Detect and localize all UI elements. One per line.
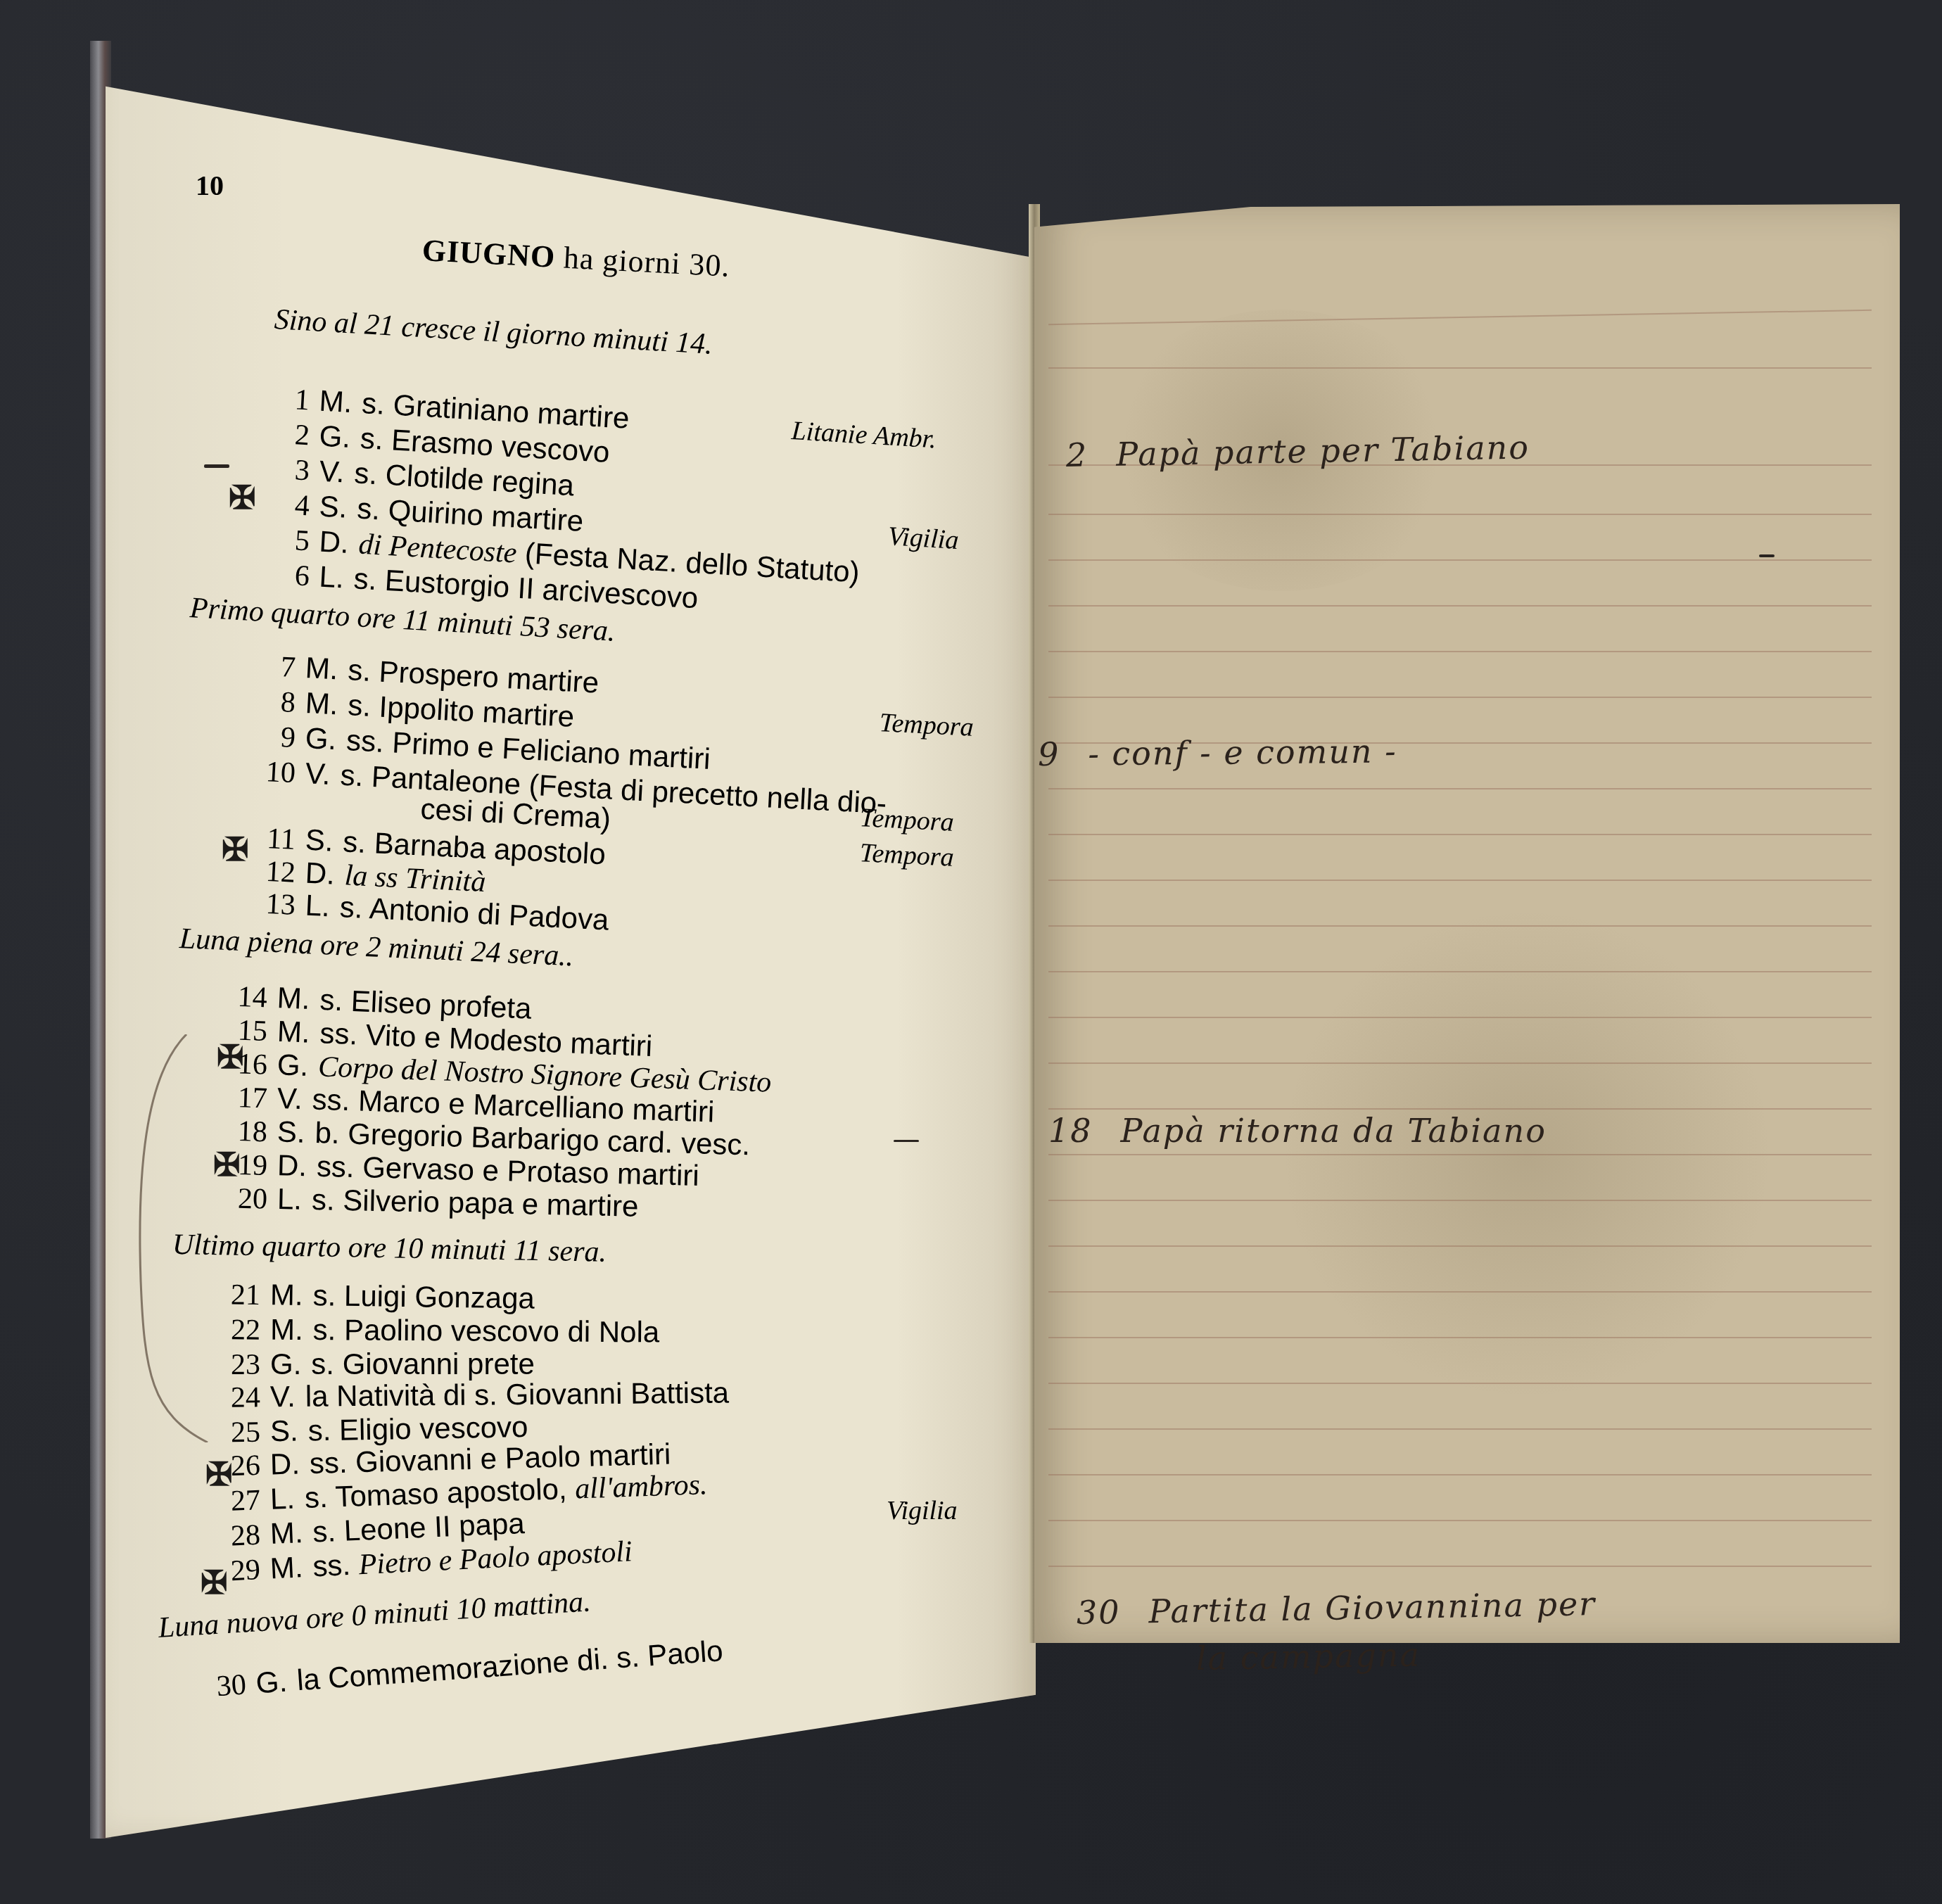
handwritten-dash-mark bbox=[894, 1140, 919, 1142]
ruled-line bbox=[1048, 1154, 1872, 1155]
ruled-line bbox=[1048, 697, 1872, 698]
rite-note: all'ambros. bbox=[574, 1468, 708, 1506]
weekday-abbr: M. bbox=[277, 1015, 311, 1049]
weekday-abbr: G. bbox=[277, 1048, 309, 1082]
day-number: 18 bbox=[210, 1114, 267, 1149]
day-number: 17 bbox=[210, 1080, 267, 1115]
weekday-abbr: M. bbox=[269, 1550, 304, 1585]
weekday-abbr: S. bbox=[277, 1115, 305, 1149]
weekday-abbr: M. bbox=[305, 651, 339, 685]
saint-name: s. Silverio papa e martire bbox=[312, 1183, 639, 1223]
ruled-line bbox=[1048, 1062, 1872, 1064]
calendar-day-row: 23G.s. Giovanni prete bbox=[204, 1347, 535, 1382]
ruled-line bbox=[1048, 1474, 1872, 1475]
liturgical-note: Tempora bbox=[879, 707, 975, 743]
entry-text: Papà ritorna da Tabiano bbox=[1121, 1112, 1547, 1150]
weekday-abbr: V. bbox=[270, 1380, 296, 1413]
weekday-abbr: G. bbox=[255, 1664, 288, 1699]
weekday-abbr: V. bbox=[277, 1081, 303, 1115]
day-number: 7 bbox=[239, 648, 296, 685]
day-number: 14 bbox=[210, 979, 268, 1015]
weekday-abbr: M. bbox=[277, 981, 311, 1015]
weekday-abbr: L. bbox=[305, 889, 331, 923]
ruled-line bbox=[1048, 605, 1872, 607]
weekday-abbr: L. bbox=[319, 559, 345, 594]
calendar-day-row: 21M.s. Luigi Gonzaga bbox=[204, 1277, 535, 1316]
saint-prefix: ss. bbox=[312, 1548, 351, 1583]
feast-cross-icon: ✠ bbox=[229, 478, 256, 516]
day-number: 1 bbox=[253, 381, 311, 418]
weekday-abbr: M. bbox=[269, 1516, 304, 1550]
handwritten-entry: 18Papà ritorna da Tabiano bbox=[1048, 1112, 1547, 1150]
saint-name: s. Luigi Gonzaga bbox=[312, 1278, 535, 1314]
weekday-abbr: M. bbox=[270, 1278, 303, 1312]
weekday-abbr bbox=[410, 792, 411, 825]
page-number: 10 bbox=[196, 169, 224, 202]
ruled-line bbox=[1048, 514, 1872, 515]
day-number: 2 bbox=[253, 416, 311, 453]
handwritten-entry-continuation: la campagna bbox=[1196, 1635, 1421, 1677]
ruled-line bbox=[1048, 1200, 1872, 1201]
ruled-line bbox=[1048, 1383, 1872, 1384]
day-number: 12 bbox=[239, 853, 296, 890]
calendar-day-row: 24V.la Natività di s. Giovanni Battista bbox=[204, 1376, 730, 1415]
saint-name: la Natività di s. Giovanni Battista bbox=[305, 1376, 730, 1412]
ruled-line bbox=[1048, 1108, 1872, 1110]
ruled-line bbox=[1048, 310, 1872, 325]
weekday-abbr: M. bbox=[270, 1313, 303, 1346]
ruled-line bbox=[1048, 367, 1872, 369]
weekday-abbr: G. bbox=[319, 419, 352, 453]
entry-day: 18 bbox=[1048, 1112, 1093, 1150]
stray-ink-mark bbox=[1759, 554, 1775, 557]
day-number: 28 bbox=[203, 1518, 261, 1554]
day-number: 19 bbox=[210, 1148, 267, 1183]
weekday-abbr: S. bbox=[319, 489, 348, 523]
day-number: 27 bbox=[203, 1483, 261, 1519]
ruled-line bbox=[1048, 1245, 1872, 1247]
day-number: 3 bbox=[253, 451, 311, 488]
day-number: 30 bbox=[189, 1668, 247, 1705]
ruled-line bbox=[1048, 559, 1872, 561]
weekday-abbr: D. bbox=[277, 1148, 307, 1182]
liturgical-note: Tempora bbox=[859, 837, 955, 873]
saint-name: s. Paolino vescovo di Nola bbox=[312, 1313, 659, 1348]
entry-day: 30 bbox=[1077, 1593, 1121, 1632]
ruled-line bbox=[1048, 834, 1872, 835]
entry-text: Partita la Giovannina per bbox=[1148, 1585, 1597, 1630]
day-number: 20 bbox=[210, 1181, 267, 1217]
ruled-line bbox=[1048, 1520, 1872, 1521]
weekday-abbr: S. bbox=[270, 1414, 299, 1448]
weekday-abbr: D. bbox=[269, 1447, 300, 1480]
weekday-abbr: M. bbox=[305, 686, 339, 721]
saint-name: s. Giovanni prete bbox=[311, 1347, 535, 1381]
day-number: 8 bbox=[239, 683, 296, 720]
calendar-day-row: 22M.s. Paolino vescovo di Nola bbox=[204, 1312, 660, 1350]
ruled-line bbox=[1048, 1017, 1872, 1018]
day-number: 13 bbox=[239, 886, 296, 922]
ruled-line bbox=[1048, 788, 1872, 789]
day-number: 29 bbox=[203, 1553, 261, 1589]
ruled-line bbox=[1048, 971, 1872, 972]
handwritten-entry: 2Papà parte per Tabiano bbox=[1066, 429, 1530, 474]
handwritten-dash-mark bbox=[204, 464, 229, 468]
weekday-abbr: G. bbox=[305, 721, 338, 756]
pencil-bracket-mark bbox=[130, 1034, 215, 1442]
weekday-abbr: D. bbox=[305, 856, 336, 891]
weekday-abbr: D. bbox=[319, 524, 350, 559]
day-number: 26 bbox=[203, 1449, 260, 1484]
ruled-line bbox=[1048, 651, 1872, 652]
weekday-abbr: L. bbox=[277, 1182, 303, 1216]
liturgical-note: Tempora bbox=[859, 802, 955, 838]
day-number: 16 bbox=[210, 1046, 268, 1082]
entry-day: 2 bbox=[1066, 436, 1089, 474]
weekday-abbr: V. bbox=[319, 454, 345, 488]
weekday-abbr: M. bbox=[319, 383, 353, 419]
month-name: GIUGNO bbox=[421, 233, 557, 274]
ruled-line bbox=[1048, 1291, 1872, 1293]
ruled-line bbox=[1048, 1337, 1872, 1338]
weekday-abbr: G. bbox=[270, 1347, 301, 1381]
ruled-line bbox=[1048, 925, 1872, 927]
ruled-line bbox=[1048, 1566, 1872, 1567]
entry-text: - conf - e comun - bbox=[1088, 732, 1397, 773]
day-number bbox=[239, 809, 295, 812]
ruled-line bbox=[1048, 880, 1872, 881]
right-lined-page bbox=[1034, 204, 1900, 1643]
entry-text: Papà parte per Tabiano bbox=[1116, 429, 1530, 474]
weekday-abbr: L. bbox=[269, 1482, 296, 1516]
entry-day: 9 bbox=[1038, 735, 1060, 773]
ruled-line bbox=[1048, 1428, 1872, 1430]
handwritten-entry: 9- conf - e comun - bbox=[1038, 732, 1397, 773]
liturgical-note: Vigilia bbox=[887, 1495, 958, 1526]
liturgical-note: Vigilia bbox=[887, 521, 960, 556]
day-number: 5 bbox=[253, 521, 311, 559]
weekday-abbr: S. bbox=[305, 823, 334, 858]
day-number: 9 bbox=[239, 718, 296, 755]
day-number: 6 bbox=[253, 557, 311, 594]
day-number: 4 bbox=[253, 486, 311, 523]
